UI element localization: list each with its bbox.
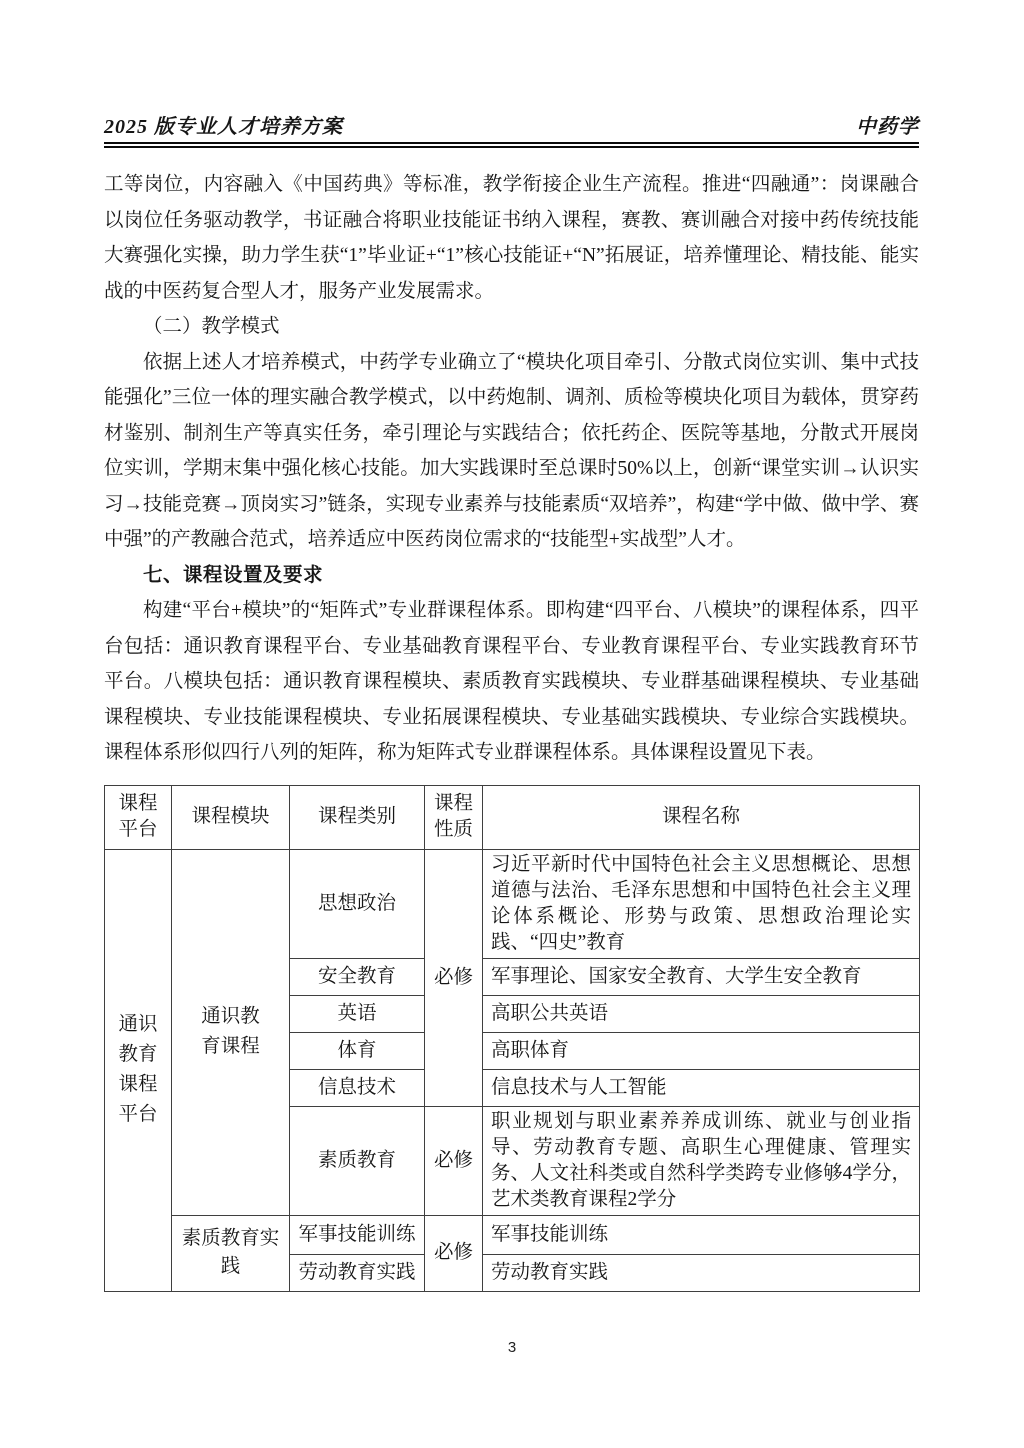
header-cell-courses: 课程名称 (483, 785, 920, 849)
cell-courses: 高职公共英语 (483, 995, 920, 1032)
paragraph-continuation: 工等岗位，内容融入《中国药典》等标准，教学衔接企业生产流程。推进“四融通”：岗课… (104, 167, 919, 309)
header-cell-nature: 课程性质 (425, 785, 483, 849)
subsection-heading-teaching-mode: （二）教学模式 (104, 309, 919, 345)
header-title-right: 中药学 (856, 117, 919, 142)
cell-courses: 高职体育 (483, 1032, 920, 1069)
table-row: 通识教育课程平台 通识教育课程 思想政治 必修 习近平新时代中国特色社会主义思想… (105, 849, 920, 958)
document-body: 工等岗位，内容融入《中国药典》等标准，教学衔接企业生产流程。推进“四融通”：岗课… (104, 167, 919, 1292)
cell-courses: 信息技术与人工智能 (483, 1069, 920, 1106)
header-cell-category: 课程类别 (290, 785, 425, 849)
table-header-row: 课程平台 课程模块 课程类别 课程性质 课程名称 (105, 785, 920, 849)
cell-courses: 军事理论、国家安全教育、大学生安全教育 (483, 958, 920, 995)
page-number: 3 (508, 1339, 516, 1356)
cell-category: 劳动教育实践 (290, 1254, 425, 1291)
cell-category: 安全教育 (290, 958, 425, 995)
paragraph-course-system: 构建“平台+模块”的“矩阵式”专业群课程体系。即构建“四平台、八模块”的课程体系… (104, 593, 919, 771)
document-page: 2025 版专业人才培养方案 中药学 工等岗位，内容融入《中国药典》等标准，教学… (0, 0, 1024, 1448)
header-title-left: 2025 版专业人才培养方案 (104, 117, 343, 142)
page-footer: 3 (0, 1339, 1024, 1356)
cell-courses: 劳动教育实践 (483, 1254, 920, 1291)
cell-category: 体育 (290, 1032, 425, 1069)
header-cell-module: 课程模块 (172, 785, 290, 849)
cell-platform: 通识教育课程平台 (105, 849, 172, 1291)
cell-category: 信息技术 (290, 1069, 425, 1106)
table-row: 素质教育实践 军事技能训练 必修 军事技能训练 (105, 1215, 920, 1254)
cell-courses: 职业规划与职业素养养成训练、就业与创业指导、劳动教育专题、高职生心理健康、管理实… (483, 1106, 920, 1215)
section-heading-course-setup: 七、课程设置及要求 (104, 558, 919, 594)
cell-courses: 军事技能训练 (483, 1215, 920, 1254)
cell-category: 英语 (290, 995, 425, 1032)
cell-category: 素质教育 (290, 1106, 425, 1215)
paragraph-teaching-mode: 依据上述人才培养模式，中药学专业确立了“模块化项目牵引、分散式岗位实训、集中式技… (104, 345, 919, 558)
header-cell-platform: 课程平台 (105, 785, 172, 849)
cell-category: 军事技能训练 (290, 1215, 425, 1254)
course-table: 课程平台 课程模块 课程类别 课程性质 课程名称 通识教育课程平台 通识教育课程… (104, 785, 920, 1292)
cell-category: 思想政治 (290, 849, 425, 958)
cell-module-quality-practice: 素质教育实践 (172, 1215, 290, 1291)
cell-nature-required: 必修 (425, 1215, 483, 1291)
cell-courses: 习近平新时代中国特色社会主义思想概论、思想道德与法治、毛泽东思想和中国特色社会主… (483, 849, 920, 958)
course-table-header: 课程平台 课程模块 课程类别 课程性质 课程名称 (105, 785, 920, 849)
cell-nature-required: 必修 (425, 849, 483, 1106)
cell-module-general: 通识教育课程 (172, 849, 290, 1215)
page-header: 2025 版专业人才培养方案 中药学 (104, 108, 919, 148)
cell-nature-required: 必修 (425, 1106, 483, 1215)
